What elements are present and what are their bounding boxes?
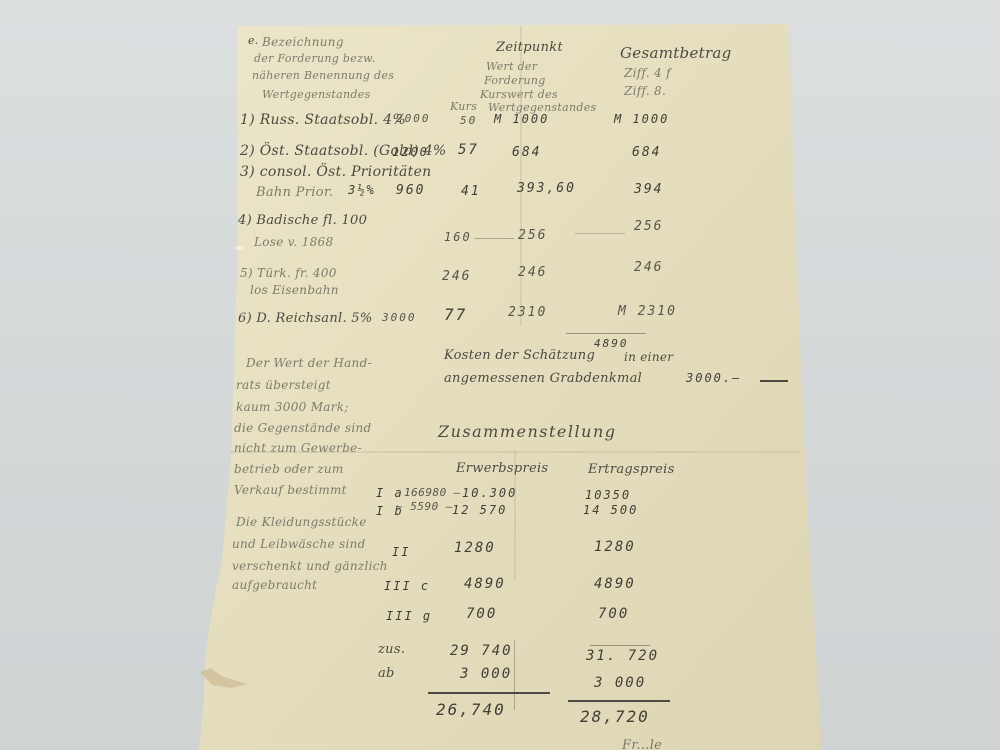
summary-col1-header: Erwerbspreis: [456, 461, 548, 476]
summary-row5-col2: 700: [598, 606, 629, 622]
summary-row2-col1: 12 570: [452, 503, 507, 517]
note-dash: [760, 380, 788, 382]
summary-row2-note: ~ 5590 –: [396, 500, 453, 513]
row4-leader-line-2: [575, 233, 625, 234]
footer-signature: Fr...le: [622, 738, 662, 750]
row3-label-line1: 3) consol. Öst. Prioritäten: [240, 164, 431, 180]
summary-row3-col2: 1280: [594, 539, 636, 555]
minus-label: ab: [378, 666, 395, 681]
row6-kurs: 77: [444, 305, 467, 324]
row5-kurs: 246: [442, 269, 471, 284]
row3-rate: 3½%: [348, 183, 376, 197]
row1-value: M 1000: [494, 112, 549, 126]
row1-total: M 1000: [614, 112, 669, 126]
margin-note-line3: kaum 3000 Mark;: [236, 400, 349, 414]
summary-row3-col1: 1280: [454, 540, 496, 556]
summary-col2-header: Ertragspreis: [588, 462, 675, 477]
minus-col2: 3 000: [594, 675, 646, 691]
row2-nominal: 1200: [392, 145, 429, 159]
subtotal-label: zus.: [378, 642, 405, 657]
note-line1-tail: in einer: [624, 350, 673, 364]
row3-nominal: 960: [396, 183, 425, 198]
row1-kurs: 50: [460, 114, 477, 127]
summary-row1-label: I a: [376, 486, 404, 500]
margin-note-line7: Verkauf bestimmt: [234, 483, 347, 497]
summary-row4-col1: 4890: [464, 576, 506, 592]
summary-row5-label: III g: [386, 609, 432, 623]
margin-note-line5: nicht zum Gewerbe-: [234, 441, 362, 455]
note-line2: angemessenen Grabdenkmal: [444, 371, 642, 386]
margin-note-line6: betrieb oder zum: [234, 462, 344, 476]
row5-label-line1: 5) Türk. fr. 400: [240, 266, 337, 280]
row4-leader-line: [474, 238, 514, 239]
margin-note-line11: aufgebraucht: [232, 578, 317, 592]
header-left-line2: der Forderung bezw.: [254, 52, 375, 65]
margin-note-line10: verschenkt und gänzlich: [232, 559, 388, 573]
row1-nominal: 2000: [396, 112, 431, 125]
row5-value: 246: [518, 265, 547, 280]
note-line1-sup: 4890: [594, 337, 629, 350]
total-col1: 26,740: [436, 700, 506, 719]
header-right-line1: Gesamtbetrag: [620, 44, 732, 62]
row4-value: 256: [518, 228, 547, 243]
col1-divider: [514, 640, 515, 710]
summary-row4-label: III c: [384, 579, 430, 593]
header-left-line1: Bezeichnung: [262, 35, 344, 49]
row4-label-line1: 4) Badische fl. 100: [238, 213, 367, 228]
row3-kurs: 41: [461, 184, 481, 199]
summary-title: Zusammenstellung: [438, 422, 616, 441]
row4-total: 256: [634, 219, 663, 234]
total-line-col1: [428, 692, 550, 694]
row6-value: 2310: [508, 305, 547, 320]
header-middle-line4: Kurswert des: [480, 88, 558, 101]
subtotal-line-col2: [590, 645, 650, 646]
summary-row3-label: II: [392, 545, 410, 559]
margin-note-line1: Der Wert der Hand-: [246, 356, 372, 370]
header-middle-line2: Wert der: [486, 60, 537, 73]
margin-note-line2: rats übersteigt: [236, 378, 331, 392]
summary-row1-col1: 10.300: [462, 486, 517, 500]
minus-col1: 3 000: [460, 666, 512, 682]
header-middle-line3: Forderung: [484, 74, 546, 87]
row4-kurs: 160: [444, 230, 472, 244]
row3-total: 394: [634, 182, 663, 197]
total-col2: 28,720: [580, 707, 650, 726]
corner-mark: e.: [248, 34, 259, 47]
header-right-line2: Ziff. 4 f: [624, 66, 671, 80]
note-line1: Kosten der Schätzung: [444, 348, 595, 363]
row5-label-line2: los Eisenbahn: [250, 283, 339, 297]
summary-row5-col1: 700: [466, 606, 497, 622]
note-line2-amount: 3000.—: [686, 371, 741, 385]
summary-row1-note: 166980 –: [404, 486, 461, 499]
row6-label: 6) D. Reichsanl. 5%: [238, 311, 373, 326]
header-middle-line1: Zeitpunkt: [496, 40, 563, 55]
subtotal-col1: 29 740: [450, 643, 513, 659]
row2-total: 684: [632, 145, 661, 160]
margin-note-line8: Die Kleidungsstücke: [236, 515, 367, 529]
row2-kurs: 57: [458, 142, 479, 158]
subtotal-col2: 31. 720: [586, 648, 659, 664]
margin-note-line9: und Leibwäsche sind: [232, 537, 366, 551]
row4-label-line2: Lose v. 1868: [254, 235, 333, 249]
summary-row2-col2: 14 500: [583, 503, 638, 517]
summary-row1-col2: 10350: [585, 488, 631, 502]
document-photo: e. Bezeichnung der Forderung bezw. näher…: [0, 0, 1000, 750]
header-kurs: Kurs: [450, 100, 477, 113]
header-right-line3: Ziff. 8.: [624, 84, 666, 98]
row2-value: 684: [512, 145, 541, 160]
row3-label-line2: Bahn Prior.: [256, 185, 333, 200]
total-line-col2: [568, 700, 670, 702]
row6-total: M 2310: [618, 304, 677, 319]
summary-row4-col2: 4890: [594, 576, 636, 592]
row3-value: 393,60: [517, 181, 576, 196]
row6-nominal: 3000: [382, 311, 417, 324]
header-left-line4: Wertgegenstandes: [262, 88, 371, 101]
margin-note-line4: die Gegenstände sind: [234, 421, 372, 435]
row1-label: 1) Russ. Staatsobl. 4%: [240, 112, 406, 128]
row5-total: 246: [634, 260, 663, 275]
header-left-line3: näheren Benennung des: [252, 69, 394, 82]
note-overline: [566, 333, 646, 334]
